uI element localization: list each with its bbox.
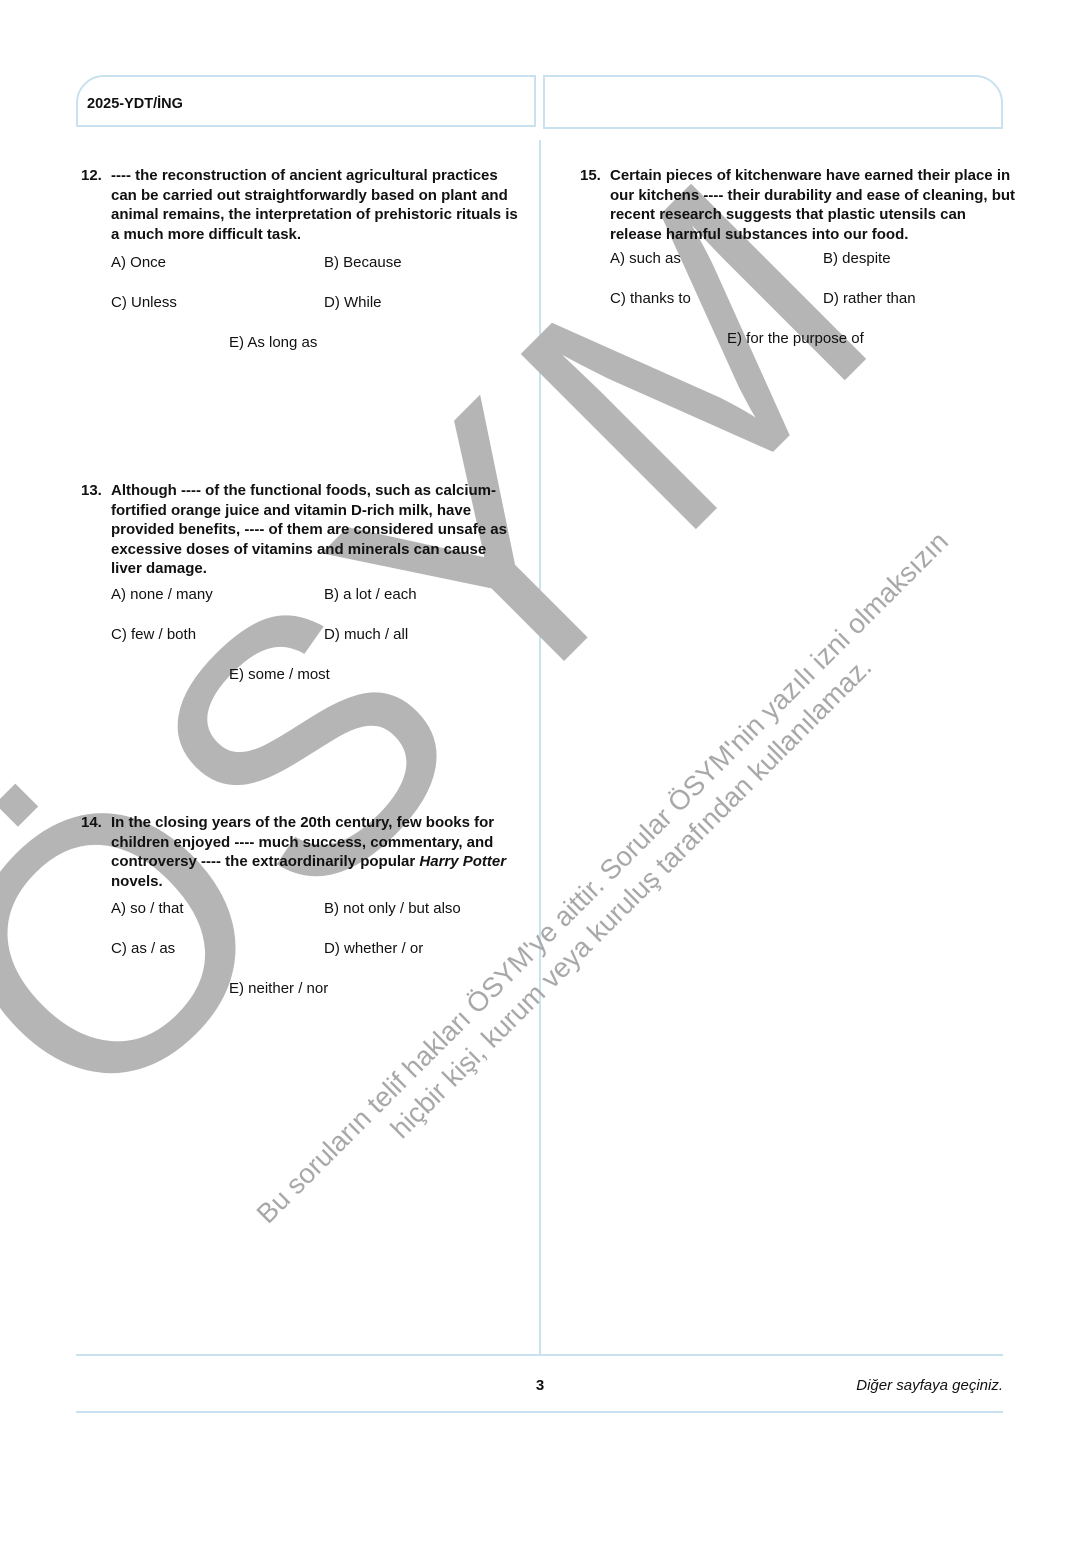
question-stem: ---- the reconstruction of ancient agric…	[111, 166, 521, 244]
question-stem: Although ---- of the functional foods, s…	[111, 481, 521, 579]
option-c[interactable]: C) as / as	[111, 939, 175, 958]
footer-top-rule	[76, 1354, 1003, 1356]
option-e[interactable]: E) some / most	[229, 665, 330, 684]
header-left-box: 2025-YDT/İNG	[76, 75, 536, 127]
exam-code: 2025-YDT/İNG	[87, 96, 183, 112]
question-15: 15. Certain pieces of kitchenware have e…	[580, 166, 1020, 364]
question-stem: In the closing years of the 20th century…	[111, 813, 521, 891]
option-e[interactable]: E) As long as	[229, 333, 317, 352]
option-d[interactable]: D) much / all	[324, 625, 408, 644]
question-number: 12.	[81, 166, 102, 186]
option-b[interactable]: B) a lot / each	[324, 585, 417, 604]
option-a[interactable]: A) so / that	[111, 899, 184, 918]
question-number: 15.	[580, 166, 601, 186]
option-b[interactable]: B) despite	[823, 249, 891, 268]
option-c[interactable]: C) thanks to	[610, 289, 691, 308]
option-d[interactable]: D) whether / or	[324, 939, 423, 958]
column-divider	[539, 140, 541, 1355]
option-d[interactable]: D) While	[324, 293, 382, 312]
question-stem: Certain pieces of kitchenware have earne…	[610, 166, 1020, 244]
question-13: 13. Although ---- of the functional food…	[81, 481, 521, 699]
option-b[interactable]: B) not only / but also	[324, 899, 461, 918]
option-c[interactable]: C) Unless	[111, 293, 177, 312]
option-c[interactable]: C) few / both	[111, 625, 196, 644]
option-a[interactable]: A) Once	[111, 253, 166, 272]
options: A) such as B) despite C) thanks to D) ra…	[610, 244, 1020, 364]
option-d[interactable]: D) rather than	[823, 289, 916, 308]
option-e[interactable]: E) neither / nor	[229, 979, 328, 998]
header-right-box	[543, 75, 1003, 129]
options: A) Once B) Because C) Unless D) While E)…	[111, 244, 521, 364]
options: A) so / that B) not only / but also C) a…	[111, 891, 521, 1011]
question-14: 14. In the closing years of the 20th cen…	[81, 813, 521, 1011]
option-a[interactable]: A) such as	[610, 249, 681, 268]
question-number: 14.	[81, 813, 102, 833]
question-number: 13.	[81, 481, 102, 501]
option-a[interactable]: A) none / many	[111, 585, 213, 604]
footer-bottom-rule	[76, 1411, 1003, 1413]
option-e[interactable]: E) for the purpose of	[727, 329, 864, 348]
option-b[interactable]: B) Because	[324, 253, 402, 272]
book-title: Harry Potter	[419, 853, 506, 870]
question-12: 12. ---- the reconstruction of ancient a…	[81, 166, 521, 364]
options: A) none / many B) a lot / each C) few / …	[111, 579, 521, 699]
next-page-note: Diğer sayfaya geçiniz.	[856, 1377, 1003, 1394]
